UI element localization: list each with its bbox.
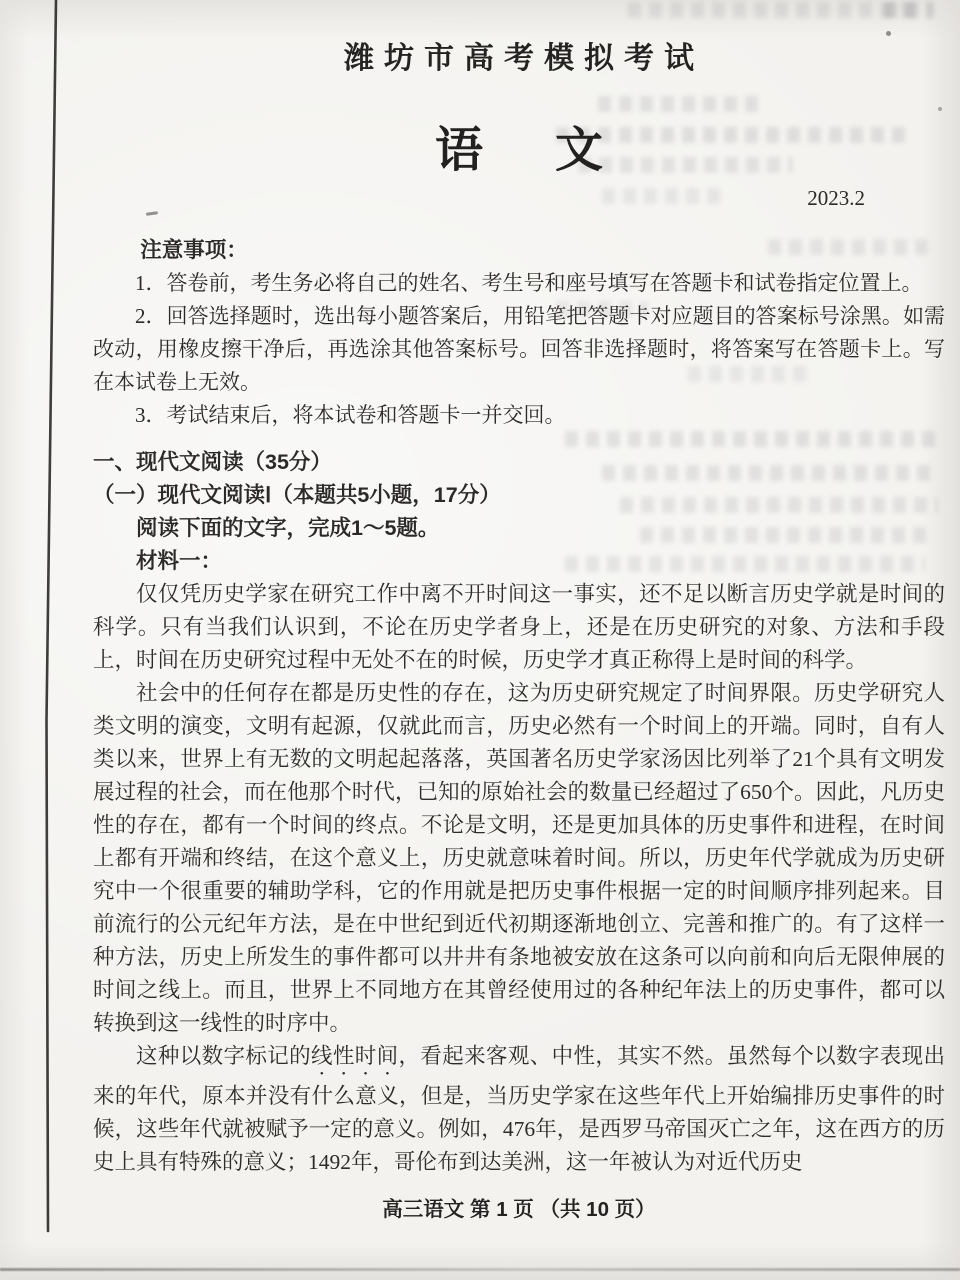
- body-paragraph-1: 仅仅凭历史学家在研究工作中离不开时间这一事实，还不足以断言历史学就是时间的科学。…: [93, 578, 945, 677]
- body-paragraph-3: 这种以数字标记的线性时间，看起来客观、中性，其实不然。虽然每个以数字表现出来的年…: [93, 1040, 945, 1179]
- body-paragraph-2: 社会中的任何存在都是历史性的存在，这为历史研究规定了时间界限。历史学研究人类文明…: [93, 677, 945, 1040]
- section-heading-modern-reading: 一、现代文阅读（35分）: [93, 446, 945, 479]
- subsection-heading-reading-1: （一）现代文阅读Ⅰ（本题共5小题，17分）: [93, 479, 945, 512]
- exam-date: 2023.2: [93, 186, 945, 210]
- page-footer: 高三语文 第 1 页 （共 10 页）: [93, 1197, 945, 1223]
- reading-instruction: 阅读下面的文字，完成1～5题。: [93, 512, 945, 545]
- scanned-exam-page: 潍坊市高考模拟考试 语文 2023.2 注意事项： 1．答卷前，考生务必将自己的…: [0, 0, 960, 1280]
- material-one-label: 材料一：: [93, 545, 945, 578]
- page-fold-line: [0, 0, 80, 1280]
- notice-heading: 注意事项：: [93, 234, 945, 267]
- exam-subject-title: 语文: [93, 126, 945, 176]
- notice-block: 注意事项： 1．答卷前，考生务必将自己的姓名、考生号和座号填写在答题卡和试卷指定…: [93, 234, 945, 432]
- exam-content: 潍坊市高考模拟考试 语文 2023.2 注意事项： 1．答卷前，考生务必将自己的…: [93, 0, 945, 1223]
- notice-item-3: 3．考试结束后，将本试卷和答题卡一并交回。: [93, 399, 945, 432]
- page-bottom-edge: [0, 1268, 960, 1271]
- notice-item-1: 1．答卷前，考生务必将自己的姓名、考生号和座号填写在答题卡和试卷指定位置上。: [93, 267, 945, 300]
- emphasized-text-linear-time: 线性时间: [311, 1044, 399, 1068]
- paragraph-text-pre: 这种以数字标记的: [136, 1044, 311, 1068]
- notice-item-2: 2．回答选择题时，选出每小题答案后，用铅笔把答题卡对应题目的答案标号涂黑。如需改…: [93, 300, 945, 399]
- exam-title: 潍坊市高考模拟考试: [93, 42, 945, 76]
